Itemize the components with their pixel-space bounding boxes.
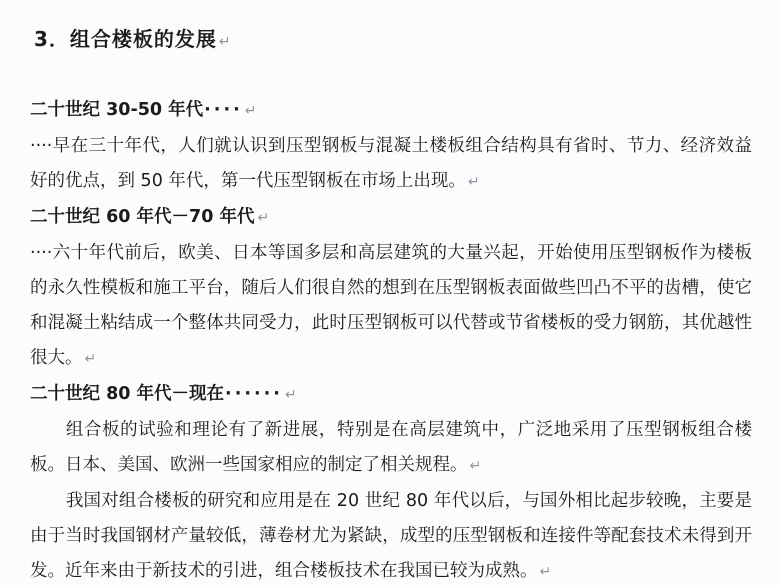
paragraph-mark-icon: ↵: [257, 210, 269, 226]
section-heading-80-now: 二十世纪 80 年代－现在······↵: [30, 377, 752, 413]
section-heading-text: 二十世纪 30-50 年代: [30, 100, 203, 120]
paragraph-mark-icon: ↵: [219, 34, 231, 50]
section-heading-60-70: 二十世纪 60 年代－70 年代↵: [30, 200, 752, 236]
body-paragraph-text: 我国对组合楼板的研究和应用是在 20 世纪 80 年代以后，与国外相比起步较晚，…: [30, 491, 752, 581]
space-marks: ····: [204, 100, 243, 120]
section-heading-text: 二十世纪 80 年代－现在: [30, 384, 224, 404]
document-page: 3．组合楼板的发展↵ 二十世纪 30-50 年代····↵ ····早在三十年代…: [0, 0, 780, 585]
paragraph-mark-icon: ↵: [245, 103, 257, 119]
page-title-text: 3．组合楼板的发展: [34, 27, 217, 51]
title-spacer: [30, 57, 754, 93]
body-paragraph: ····早在三十年代，人们就认识到压型钢板与混凝土楼板组合结构具有省时、节力、经…: [30, 129, 752, 200]
paragraph-mark-icon: ↵: [85, 351, 97, 367]
space-marks: ······: [225, 384, 283, 404]
body-paragraph-text: ····六十年代前后，欧美、日本等国多层和高层建筑的大量兴起，开始使用压型钢板作…: [30, 243, 752, 368]
body-paragraph: ····六十年代前后，欧美、日本等国多层和高层建筑的大量兴起，开始使用压型钢板作…: [30, 236, 752, 377]
body-paragraph: 我国对组合楼板的研究和应用是在 20 世纪 80 年代以后，与国外相比起步较晚，…: [30, 484, 752, 585]
page-title: 3．组合楼板的发展↵: [34, 24, 754, 57]
body-paragraph-text: ····早在三十年代，人们就认识到压型钢板与混凝土楼板组合结构具有省时、节力、经…: [30, 136, 752, 191]
paragraph-mark-icon: ↵: [285, 387, 297, 403]
section-heading-text: 二十世纪 60 年代－70 年代: [30, 207, 254, 227]
body-paragraph-text: 组合板的试验和理论有了新进展，特别是在高层建筑中，广泛地采用了压型钢板组合楼板。…: [30, 420, 752, 475]
paragraph-mark-icon: ↵: [470, 458, 482, 474]
paragraph-mark-icon: ↵: [468, 174, 480, 190]
paragraph-mark-icon: ↵: [540, 564, 552, 580]
document-body: 二十世纪 30-50 年代····↵ ····早在三十年代，人们就认识到压型钢板…: [30, 93, 754, 585]
section-heading-30-50: 二十世纪 30-50 年代····↵: [30, 93, 752, 129]
body-paragraph: 组合板的试验和理论有了新进展，特别是在高层建筑中，广泛地采用了压型钢板组合楼板。…: [30, 413, 752, 484]
